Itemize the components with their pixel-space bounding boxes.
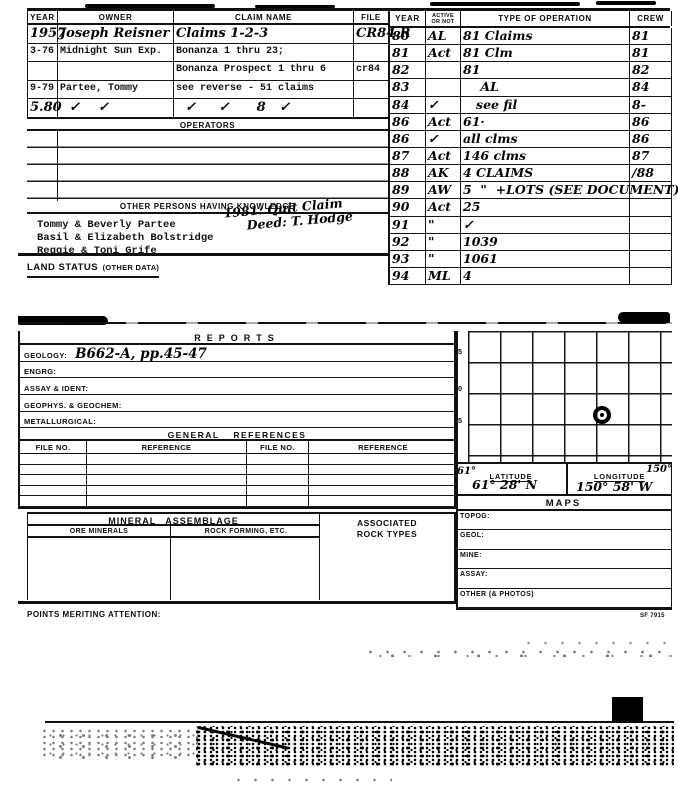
ops-cell-crew: [630, 199, 672, 216]
ops-cell-type: 4 CLAIMS: [461, 165, 630, 182]
longitude-value: 150° 58' W: [576, 479, 652, 494]
report-row: GEOLOGY:B662-A, pp.45-47: [20, 345, 454, 362]
ops-cell-active: AL: [426, 28, 461, 45]
ops-cell-crew: 86: [630, 114, 672, 131]
ops-header-active-line2: OR NOT: [431, 19, 454, 25]
general-references-header-cell: FILE NO.: [20, 441, 87, 453]
report-value-handwriting: B662-A, pp.45-47: [75, 346, 207, 362]
scan-artifact: [430, 2, 580, 6]
ops-cell-type: ✓: [461, 217, 630, 234]
ops-cell-crew: [630, 182, 672, 199]
ops-cell-crew: [630, 251, 672, 268]
general-references-empty-cell: [309, 496, 458, 506]
claims-header-owner: OWNER: [58, 11, 174, 23]
scan-noise: [520, 639, 670, 645]
operations-rows: 80AL81 Claims8181Act81 Clm8182818283 AL8…: [388, 28, 670, 285]
claims-header-file: FILE: [354, 11, 389, 23]
section-divider: [18, 253, 388, 256]
ops-cell-year: 92: [390, 234, 426, 251]
ops-cell-type: 61·: [461, 114, 630, 131]
claims-cell-owner: Partee, Tommy: [58, 81, 174, 100]
scan-artifact: [596, 1, 656, 5]
ops-cell-active: AK: [426, 165, 461, 182]
ops-cell-crew: [630, 268, 672, 285]
claims-cell-file: CR84.R: [354, 25, 389, 44]
longitude-box: LONGITUDE 150° 150° 58' W: [568, 464, 671, 494]
person-name: Basil & Elizabeth Bolstridge: [37, 232, 213, 245]
location-map-grid: [468, 331, 672, 462]
ops-cell-crew: /88: [630, 165, 672, 182]
ops-cell-active: ": [426, 251, 461, 268]
general-references-empty-row: [20, 454, 454, 465]
mineral-assemblage-title: MINERAL ASSEMBLAGE: [28, 512, 319, 526]
ops-cell-year: 82: [390, 62, 426, 79]
section-divider: [456, 607, 672, 610]
ops-cell-active: ": [426, 217, 461, 234]
ops-cell-active: Act: [426, 114, 461, 131]
ops-cell-crew: 86: [630, 131, 672, 148]
map-row-label: ASSAY:: [456, 569, 671, 588]
person-name: Tommy & Beverly Partee: [37, 219, 213, 232]
ops-header-crew: CREW: [630, 11, 672, 26]
operators-section-header: OPERATORS: [27, 117, 388, 131]
associated-rock-types-line2: ROCK TYPES: [320, 529, 454, 540]
claims-cell-claim-name: Bonanza 1 thru 23;: [174, 44, 354, 63]
general-references-empty-row: [20, 465, 454, 476]
claims-cell-year: 9-79: [28, 81, 58, 100]
claims-cell-year: 3-76: [28, 44, 58, 63]
general-references-empty-cell: [247, 496, 309, 506]
ops-cell-active: [426, 79, 461, 96]
ops-cell-type: 146 clms: [461, 148, 630, 165]
ops-cell-type: 81 Claims: [461, 28, 630, 45]
ops-cell-crew: 81: [630, 45, 672, 62]
scanned-mining-claim-card: YEAR OWNER CLAIM NAME FILE 1957Joseph Re…: [0, 0, 678, 806]
general-references-header-cell: REFERENCE: [87, 441, 247, 453]
claims-cell-claim-name: Claims 1-2-3: [174, 25, 354, 44]
longitude-suffix-handwriting: 150°: [646, 464, 672, 475]
ops-cell-active: Act: [426, 148, 461, 165]
ops-cell-year: 90: [390, 199, 426, 216]
scan-smudge-line: [18, 322, 672, 324]
claims-table-header: YEAR OWNER CLAIM NAME FILE: [27, 8, 388, 25]
general-references-empty-cell: [20, 486, 87, 496]
scan-noise-line: [45, 721, 674, 723]
rock-forming-header: ROCK FORMING, ETC.: [171, 526, 321, 536]
general-references-empty-rows: [20, 454, 454, 507]
claims-header-year: YEAR: [28, 11, 58, 23]
general-references-headers: FILE NO.REFERENCEFILE NO.REFERENCE: [20, 441, 454, 454]
section-divider: [18, 601, 456, 604]
ops-cell-type: 81: [461, 62, 630, 79]
ops-cell-crew: 84: [630, 79, 672, 96]
land-status-main: LAND STATUS: [27, 262, 98, 273]
general-references-header-cell: REFERENCE: [309, 441, 458, 453]
map-row-label: TOPOG:: [456, 511, 671, 530]
ops-cell-type: 81 Clm: [461, 45, 630, 62]
ops-cell-crew: 81: [630, 28, 672, 45]
ops-cell-crew: [630, 217, 672, 234]
ops-cell-type: 5 " +LOTS (SEE DOCUMENT): [461, 182, 630, 199]
latitude-value: 61° 28' N: [472, 477, 537, 492]
ops-cell-active: ": [426, 234, 461, 251]
ops-cell-active: [426, 62, 461, 79]
report-row: GEOPHYS. & GEOCHEM:: [20, 395, 454, 412]
general-references-empty-cell: [247, 486, 309, 496]
land-status-paren: (OTHER DATA): [103, 263, 160, 272]
ops-cell-year: 87: [390, 148, 426, 165]
ops-cell-year: 86: [390, 114, 426, 131]
operations-table-header: YEAR ACTIVE OR NOT TYPE OF OPERATION CRE…: [388, 8, 670, 28]
ops-cell-type: 1061: [461, 251, 630, 268]
general-references-empty-cell: [247, 465, 309, 475]
ore-minerals-header: ORE MINERALS: [28, 526, 171, 536]
ops-cell-type: 4: [461, 268, 630, 285]
general-references-empty-cell: [20, 496, 87, 506]
general-references-empty-row: [20, 486, 454, 497]
general-references-empty-cell: [87, 475, 247, 485]
report-row: ENGRG:: [20, 362, 454, 379]
ops-cell-year: 80: [390, 28, 426, 45]
claims-cell-owner: [58, 62, 174, 81]
claims-cell-claim-name: Bonanza Prospect 1 thru 6: [174, 62, 354, 81]
ops-cell-type: AL: [461, 79, 630, 96]
mineral-assemblage-subheaders: ORE MINERALS ROCK FORMING, ETC.: [28, 526, 319, 538]
general-references-empty-cell: [87, 486, 247, 496]
operations-table: YEAR ACTIVE OR NOT TYPE OF OPERATION CRE…: [388, 8, 670, 285]
form-number: SF 7915: [640, 613, 665, 619]
ops-cell-type: all clms: [461, 131, 630, 148]
claims-table: YEAR OWNER CLAIM NAME FILE 1957Joseph Re…: [27, 8, 388, 118]
ops-cell-type: 1039: [461, 234, 630, 251]
general-references-empty-cell: [309, 454, 458, 464]
scan-smudge: [618, 312, 670, 323]
general-references-empty-cell: [309, 465, 458, 475]
report-row: ASSAY & IDENT:: [20, 378, 454, 395]
report-label: METALLURGICAL:: [24, 417, 96, 426]
reports-title: REPORTS: [20, 331, 454, 345]
reports-rows: GEOLOGY:B662-A, pp.45-47ENGRG:ASSAY & ID…: [20, 345, 454, 428]
ops-cell-crew: 87: [630, 148, 672, 165]
general-references-empty-cell: [87, 454, 247, 464]
points-meriting-attention-label: POINTS MERITING ATTENTION:: [27, 610, 161, 619]
claims-cell-claim-name: see reverse - 51 claims: [174, 81, 354, 100]
ops-cell-active: ✓: [426, 97, 461, 114]
report-label: GEOLOGY:: [24, 351, 67, 360]
claims-cell-year: [28, 62, 58, 81]
ops-cell-year: 91: [390, 217, 426, 234]
ops-cell-year: 83: [390, 79, 426, 96]
scan-noise: [362, 648, 674, 657]
claims-cell-claim-name: ✓ ✓ 8 ✓: [174, 99, 354, 118]
reports-section: REPORTS GEOLOGY:B662-A, pp.45-47ENGRG:AS…: [18, 331, 456, 428]
report-label: ENGRG:: [24, 367, 56, 376]
map-row-label: MINE:: [456, 550, 671, 569]
mineral-assemblage-section: MINERAL ASSEMBLAGE ORE MINERALS ROCK FOR…: [27, 512, 320, 600]
lat-long-section: 61° LATITUDE 61° 28' N LONGITUDE 150° 15…: [456, 462, 672, 496]
report-label: ASSAY & IDENT:: [24, 384, 88, 393]
general-references-empty-row: [20, 475, 454, 486]
ops-cell-year: 94: [390, 268, 426, 285]
claims-cell-owner: Midnight Sun Exp.: [58, 44, 174, 63]
ops-cell-active: ✓: [426, 131, 461, 148]
ops-cell-active: AW: [426, 182, 461, 199]
ops-cell-crew: 8-: [630, 97, 672, 114]
general-references-empty-cell: [20, 454, 87, 464]
ops-cell-crew: 82: [630, 62, 672, 79]
latitude-box: 61° LATITUDE 61° 28' N: [456, 464, 568, 494]
general-references-header-cell: FILE NO.: [247, 441, 309, 453]
ops-cell-year: 84: [390, 97, 426, 114]
mineral-assemblage-empty-body: [28, 538, 319, 600]
claims-cell-file: [354, 99, 389, 118]
report-row: METALLURGICAL:: [20, 412, 454, 429]
scan-noise: [196, 726, 674, 766]
claims-cell-file: [354, 44, 389, 63]
scan-noise: [230, 776, 392, 782]
general-references-empty-cell: [247, 454, 309, 464]
ops-cell-year: 88: [390, 165, 426, 182]
claims-rows: 1957Joseph ReisnerClaims 1-2-3CR84.R3-76…: [27, 25, 388, 118]
general-references-empty-cell: [20, 465, 87, 475]
associated-rock-types-section: ASSOCIATED ROCK TYPES: [320, 512, 456, 601]
ops-header-year: YEAR: [390, 11, 426, 26]
map-grid-circle-marker-dot: [600, 413, 604, 417]
scan-artifact: [85, 4, 215, 8]
general-references-empty-cell: [309, 486, 458, 496]
claims-cell-file: cr84: [354, 62, 389, 81]
ops-cell-crew: [630, 234, 672, 251]
claims-cell-owner: ✓ ✓: [58, 99, 174, 118]
general-references-section: GENERAL REFERENCES FILE NO.REFERENCEFILE…: [18, 428, 456, 509]
ops-cell-active: Act: [426, 199, 461, 216]
general-references-empty-row: [20, 496, 454, 507]
ops-header-active: ACTIVE OR NOT: [426, 11, 461, 26]
claims-header-claim-name: CLAIM NAME: [174, 11, 354, 23]
general-references-empty-cell: [87, 496, 247, 506]
ops-header-type: TYPE OF OPERATION: [461, 11, 630, 26]
scan-noise: [40, 728, 198, 760]
operators-empty-lines: [27, 131, 388, 201]
claims-cell-year: 5.80: [28, 99, 58, 118]
ops-cell-year: 86: [390, 131, 426, 148]
ops-cell-type: see fil: [461, 97, 630, 114]
associated-rock-types-line1: ASSOCIATED: [320, 518, 454, 529]
ops-cell-year: 89: [390, 182, 426, 199]
general-references-empty-cell: [247, 475, 309, 485]
ops-cell-year: 93: [390, 251, 426, 268]
general-references-empty-cell: [20, 475, 87, 485]
general-references-title: GENERAL REFERENCES: [20, 428, 454, 441]
claims-cell-year: 1957: [28, 25, 58, 44]
general-references-empty-cell: [309, 475, 458, 485]
operators-column-divider: [57, 131, 58, 201]
claims-cell-file: [354, 81, 389, 100]
scan-noise-black-square: [612, 697, 643, 723]
land-status-label: LAND STATUS (OTHER DATA): [27, 257, 159, 278]
ops-cell-year: 81: [390, 45, 426, 62]
ops-cell-type: 25: [461, 199, 630, 216]
ops-cell-active: ML: [426, 268, 461, 285]
maps-title: MAPS: [456, 496, 672, 511]
report-label: GEOPHYS. & GEOCHEM:: [24, 401, 122, 410]
map-row-label: GEOL:: [456, 530, 671, 549]
maps-rows: TOPOG:GEOL:MINE:ASSAY:OTHER (& PHOTOS): [456, 511, 672, 608]
map-row-label: OTHER (& PHOTOS): [456, 589, 671, 608]
claims-cell-owner: Joseph Reisner: [58, 25, 174, 44]
ops-cell-active: Act: [426, 45, 461, 62]
general-references-empty-cell: [87, 465, 247, 475]
